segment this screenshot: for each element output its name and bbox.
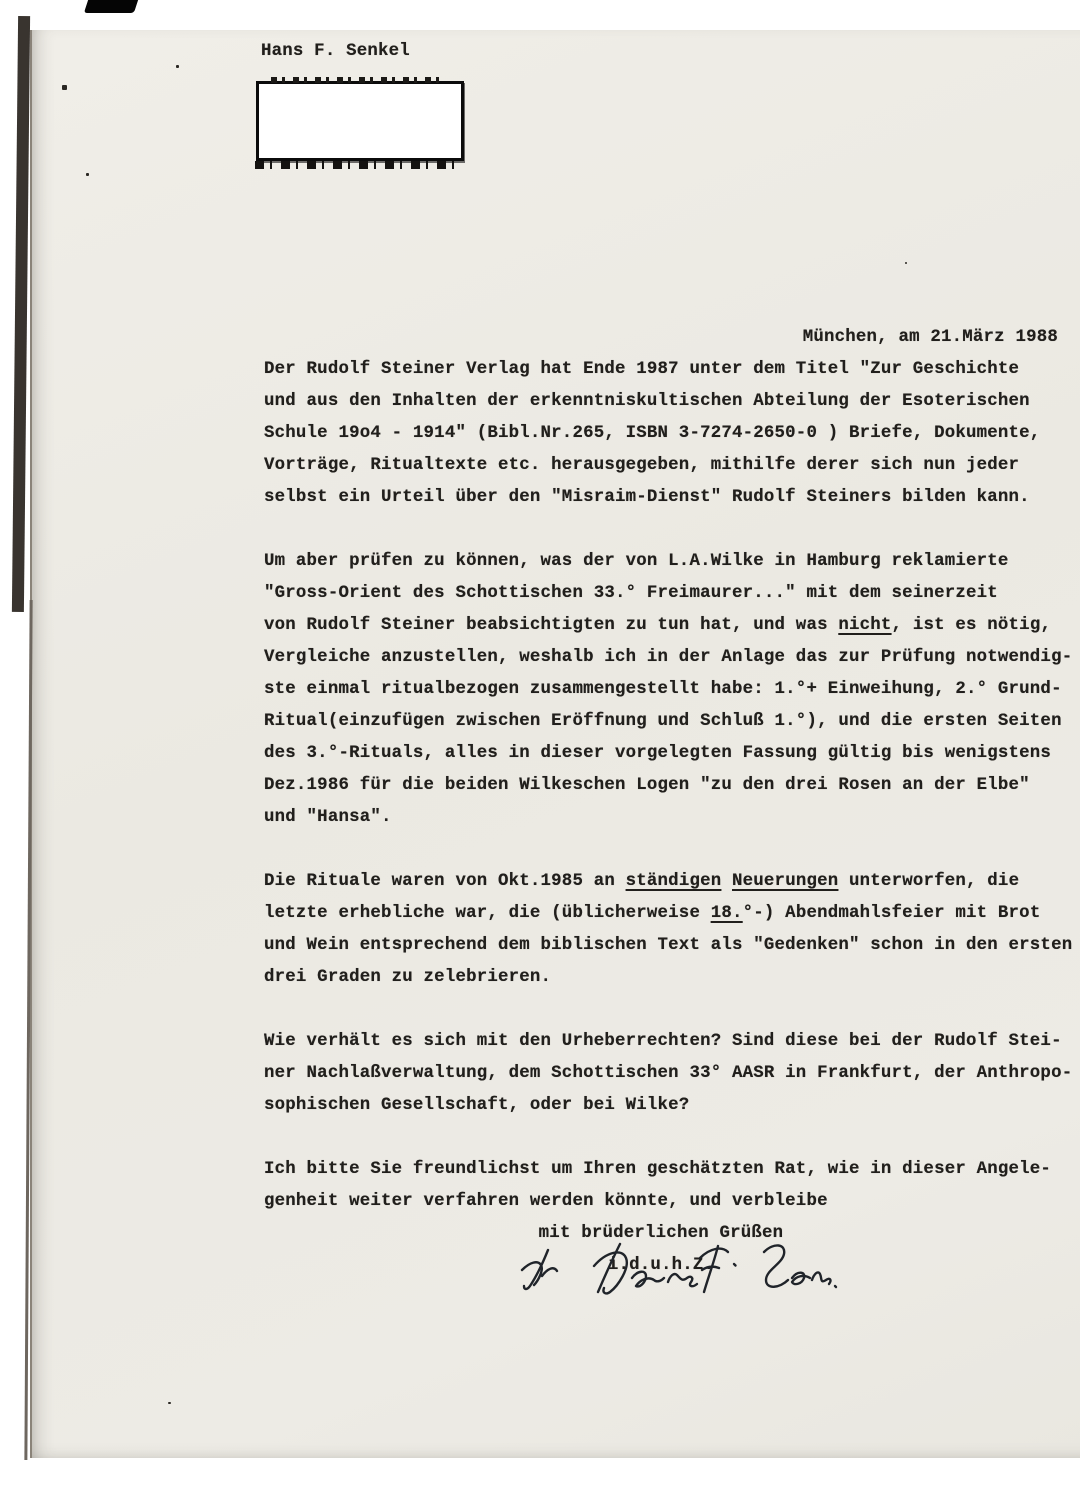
text-line: Ich bitte Sie freundlichst um Ihren gesc… — [264, 1154, 1080, 1186]
dust-speck — [176, 65, 179, 68]
text-line: von Rudolf Steiner beabsichtigten zu tun… — [264, 610, 1080, 642]
underlined-text: Neuerungen — [732, 872, 838, 891]
scan-artifact — [84, 0, 138, 13]
paragraph: Der Rudolf Steiner Verlag hat Ende 1987 … — [264, 354, 1080, 514]
letter-body: Der Rudolf Steiner Verlag hat Ende 1987 … — [264, 354, 1080, 1314]
paragraph: Um aber prüfen zu können, was der von L.… — [264, 546, 1080, 834]
text-line: drei Graden zu zelebrieren. — [264, 962, 1080, 994]
redaction-box — [256, 81, 464, 161]
dust-speck — [168, 1402, 171, 1404]
text-segment: unterworfen, die — [838, 872, 1019, 891]
text-segment: und aus den Inhalten der erkenntniskulti… — [264, 392, 1030, 411]
text-line: ner Nachlaßverwaltung, dem Schottischen … — [264, 1058, 1080, 1090]
text-segment: Vergleiche anzustellen, weshalb ich in d… — [264, 648, 1072, 667]
text-line: Die Rituale waren von Okt.1985 an ständi… — [264, 866, 1080, 898]
text-line: sophischen Gesellschaft, oder bei Wilke? — [264, 1090, 1080, 1122]
text-line: selbst ein Urteil über den "Misraim-Dien… — [264, 482, 1080, 514]
text-line: ste einmal ritualbezogen zusammengestell… — [264, 674, 1080, 706]
text-segment: und Wein entsprechend dem biblischen Tex… — [264, 936, 1072, 955]
text-line: Wie verhält es sich mit den Urheberrecht… — [264, 1026, 1080, 1058]
underlined-text: nicht — [838, 616, 891, 635]
text-line: des 3.°-Rituals, alles in dieser vorgele… — [264, 738, 1080, 770]
dust-speck — [905, 262, 907, 264]
text-segment: , ist es nötig, — [892, 616, 1052, 635]
text-line: Ritual(einzufügen zwischen Eröffnung und… — [264, 706, 1080, 738]
text-segment — [721, 872, 732, 891]
text-segment: von Rudolf Steiner beabsichtigten zu tun… — [264, 616, 838, 635]
scan-background: Hans F. Senkel München, am 21.März 1988 … — [0, 0, 1080, 1485]
text-segment: Wie verhält es sich mit den Urheberrecht… — [264, 1032, 1062, 1051]
text-segment: ner Nachlaßverwaltung, dem Schottischen … — [264, 1064, 1072, 1083]
text-segment: Der Rudolf Steiner Verlag hat Ende 1987 … — [264, 360, 1019, 379]
text-segment: ste einmal ritualbezogen zusammengestell… — [264, 680, 1062, 699]
text-line: Vorträge, Ritualtexte etc. herausgegeben… — [264, 450, 1080, 482]
text-line: und aus den Inhalten der erkenntniskulti… — [264, 386, 1080, 418]
text-segment: und "Hansa". — [264, 808, 392, 827]
paragraph: Die Rituale waren von Okt.1985 an ständi… — [264, 866, 1080, 994]
text-segment: Ich bitte Sie freundlichst um Ihren gesc… — [264, 1160, 1051, 1179]
underlined-text: ständigen — [626, 872, 722, 891]
paragraph: Wie verhält es sich mit den Urheberrecht… — [264, 1026, 1080, 1122]
text-segment: Vorträge, Ritualtexte etc. herausgegeben… — [264, 456, 1019, 475]
text-segment: Schule 19o4 - 1914" (Bibl.Nr.265, ISBN 3… — [264, 424, 1040, 443]
dateline: München, am 21.März 1988 — [264, 322, 1058, 354]
text-segment: des 3.°-Rituals, alles in dieser vorgele… — [264, 744, 1051, 763]
text-segment: sophischen Gesellschaft, oder bei Wilke? — [264, 1096, 689, 1115]
signature-handwriting — [502, 1236, 838, 1320]
text-line: Vergleiche anzustellen, weshalb ich in d… — [264, 642, 1080, 674]
text-segment: Um aber prüfen zu können, was der von L.… — [264, 552, 1009, 571]
text-line: Um aber prüfen zu können, was der von L.… — [264, 546, 1080, 578]
signature — [502, 1236, 838, 1320]
text-segment: selbst ein Urteil über den "Misraim-Dien… — [264, 488, 1030, 507]
text-line: Schule 19o4 - 1914" (Bibl.Nr.265, ISBN 3… — [264, 418, 1080, 450]
redacted-text-fragment — [271, 77, 443, 83]
text-line: genheit weiter verfahren werden könnte, … — [264, 1186, 1080, 1218]
text-segment: "Gross-Orient des Schottischen 33.° Frei… — [264, 584, 998, 603]
underlined-text: 18. — [711, 904, 743, 923]
text-line: und Wein entsprechend dem biblischen Tex… — [264, 930, 1080, 962]
text-segment: drei Graden zu zelebrieren. — [264, 968, 551, 987]
text-line: Dez.1986 für die beiden Wilkeschen Logen… — [264, 770, 1080, 802]
text-line: letzte erhebliche war, die (üblicherweis… — [264, 898, 1080, 930]
text-line: und "Hansa". — [264, 802, 1080, 834]
text-line: Der Rudolf Steiner Verlag hat Ende 1987 … — [264, 354, 1080, 386]
sender-name: Hans F. Senkel — [261, 36, 410, 68]
scan-edge-shadow — [12, 16, 30, 612]
text-segment: Dez.1986 für die beiden Wilkeschen Logen… — [264, 776, 1030, 795]
text-line: "Gross-Orient des Schottischen 33.° Frei… — [264, 578, 1080, 610]
dust-speck — [62, 85, 67, 90]
redacted-text-fragment — [255, 161, 463, 169]
text-segment: Ritual(einzufügen zwischen Eröffnung und… — [264, 712, 1062, 731]
text-segment: letzte erhebliche war, die (üblicherweis… — [264, 904, 711, 923]
text-segment: genheit weiter verfahren werden könnte, … — [264, 1192, 828, 1211]
dust-speck — [86, 173, 89, 176]
text-segment: Die Rituale waren von Okt.1985 an — [264, 872, 626, 891]
text-segment: °-) Abendmahlsfeier mit Brot — [743, 904, 1041, 923]
